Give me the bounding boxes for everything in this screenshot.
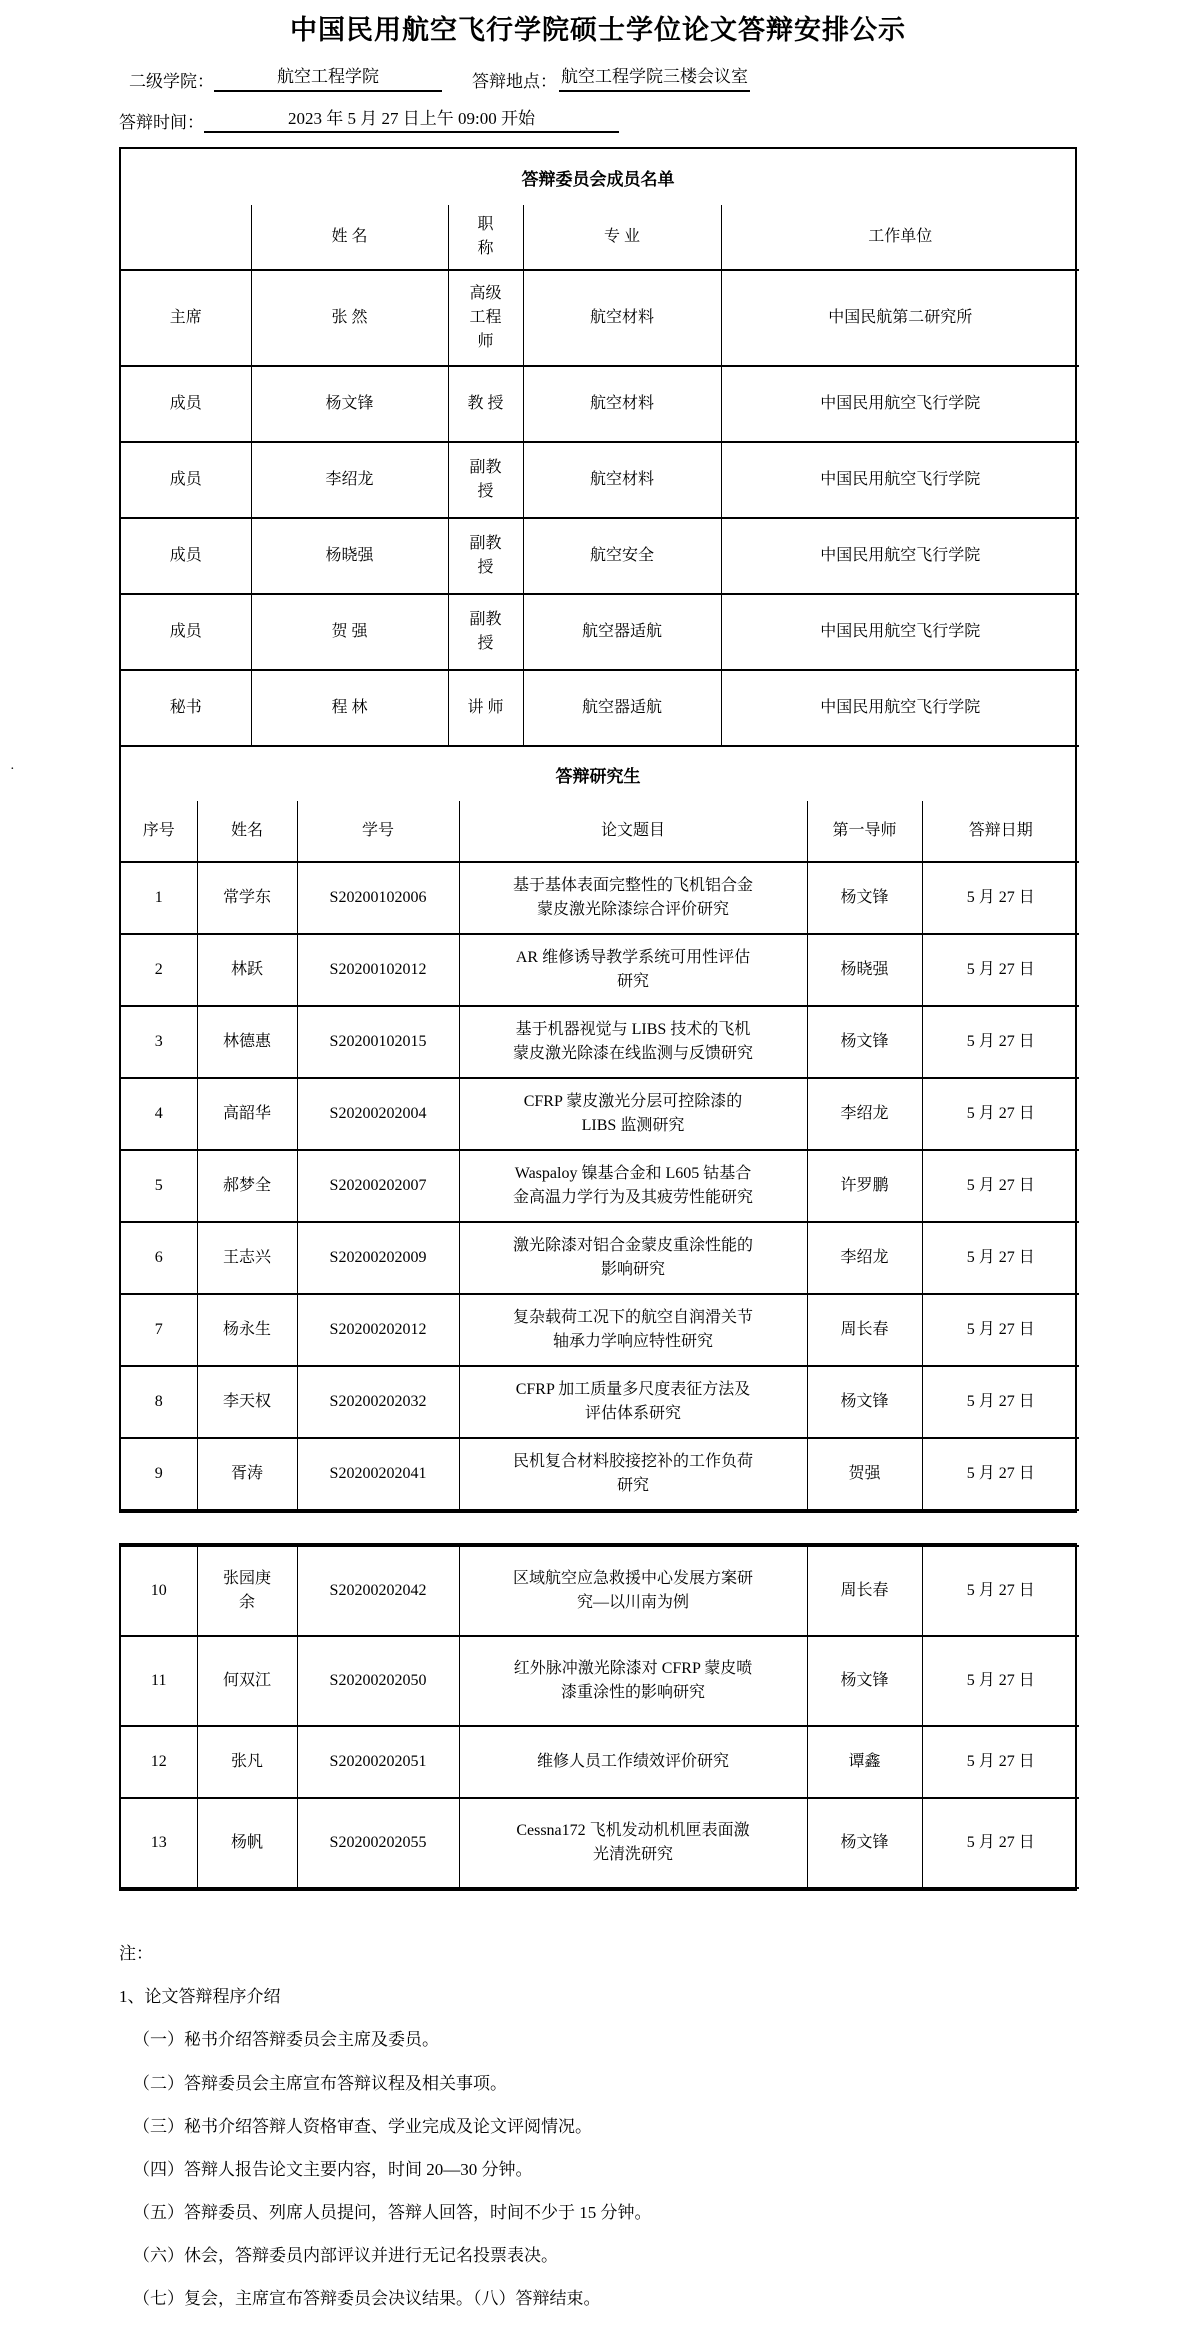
org-cell: 中国民用航空飞行学院: [721, 442, 1079, 518]
table-row: 11何双江S20200202050红外脉冲激光除漆对 CFRP 蒙皮喷漆重涂性的…: [121, 1636, 1079, 1726]
student-id-cell: S20200202050: [297, 1636, 459, 1726]
date-cell: 5 月 27 日: [922, 1294, 1079, 1366]
role-cell: 成员: [121, 442, 251, 518]
mentor-cell: 杨文锋: [807, 1636, 922, 1726]
table-row: 成员贺 强副教授航空器适航中国民用航空飞行学院: [121, 594, 1079, 670]
index-cell: 8: [121, 1366, 197, 1438]
student-name-cell: 胥涛: [197, 1438, 297, 1510]
student-name-cell: 郝梦全: [197, 1150, 297, 1222]
student-id-cell: S20200102006: [297, 862, 459, 934]
student-name-cell: 常学东: [197, 862, 297, 934]
student-name-cell: 林跃: [197, 934, 297, 1006]
time-label: 答辩时间：: [119, 108, 204, 133]
student-name-cell: 高韶华: [197, 1078, 297, 1150]
org-cell: 中国民用航空飞行学院: [721, 670, 1079, 746]
mentor-cell: 杨文锋: [807, 1798, 922, 1888]
students-table-1: 序号 姓名 学号 论文题目 第一导师 答辩日期 1常学东S20200102006…: [121, 801, 1079, 1511]
thesis-title-cell: 民机复合材料胶接挖补的工作负荷研究: [459, 1438, 807, 1510]
note-line: （四）答辩人报告论文主要内容，时间 20—30 分钟。: [119, 2159, 1077, 2181]
document: 中国民用航空飞行学院硕士学位论文答辩安排公示 二级学院： 航空工程学院 答辩地点…: [119, 0, 1077, 2310]
date-cell: 5 月 27 日: [922, 1006, 1079, 1078]
thesis-title-cell: CFRP 蒙皮激光分层可控除漆的 LIBS 监测研究: [459, 1078, 807, 1150]
note-line: （七）复会，主席宣布答辩委员会决议结果。（八）答辩结束。: [119, 2288, 1077, 2310]
note-line: 1、论文答辩程序介绍: [119, 1986, 1077, 2008]
title-cell: 讲 师: [448, 670, 523, 746]
students-header-row: 序号 姓名 学号 论文题目 第一导师 答辩日期: [121, 801, 1079, 862]
title-cell: 副教授: [448, 518, 523, 594]
column-header: 职称: [448, 205, 523, 270]
time-value: 2023 年 5 月 27 日上午 09:00 开始: [204, 107, 619, 134]
page-title: 中国民用航空飞行学院硕士学位论文答辩安排公示: [119, 8, 1077, 47]
date-cell: 5 月 27 日: [922, 1546, 1079, 1636]
table-row: 3林德惠S20200102015基于机器视觉与 LIBS 技术的飞机蒙皮激光除漆…: [121, 1006, 1079, 1078]
mentor-cell: 杨文锋: [807, 1006, 922, 1078]
title-cell: 副教授: [448, 442, 523, 518]
role-cell: 秘书: [121, 670, 251, 746]
student-id-cell: S20200202051: [297, 1726, 459, 1798]
mentor-cell: 谭鑫: [807, 1726, 922, 1798]
column-header: 工作单位: [721, 205, 1079, 270]
column-header: 专 业: [523, 205, 721, 270]
student-id-cell: S20200202004: [297, 1078, 459, 1150]
column-header: 姓 名: [251, 205, 448, 270]
index-cell: 13: [121, 1798, 197, 1888]
index-cell: 7: [121, 1294, 197, 1366]
index-cell: 10: [121, 1546, 197, 1636]
thesis-title-cell: 基于机器视觉与 LIBS 技术的飞机蒙皮激光除漆在线监测与反馈研究: [459, 1006, 807, 1078]
table-row: 6王志兴S20200202009激光除漆对铝合金蒙皮重涂性能的影响研究李绍龙5 …: [121, 1222, 1079, 1294]
major-cell: 航空器适航: [523, 670, 721, 746]
note-line: 注：: [119, 1943, 1077, 1965]
mentor-cell: 杨晓强: [807, 934, 922, 1006]
date-cell: 5 月 27 日: [922, 1798, 1079, 1888]
column-header: 学号: [297, 801, 459, 862]
table-row: 5郝梦全S20200202007Waspaloy 镍基合金和 L605 钴基合金…: [121, 1150, 1079, 1222]
note-line: （五）答辩委员、列席人员提问，答辩人回答，时间不少于 15 分钟。: [119, 2202, 1077, 2224]
date-cell: 5 月 27 日: [922, 1438, 1079, 1510]
date-cell: 5 月 27 日: [922, 1222, 1079, 1294]
role-cell: 主席: [121, 270, 251, 366]
student-id-cell: S20200202009: [297, 1222, 459, 1294]
students-table-2: 10张园庚余S20200202042区域航空应急救援中心发展方案研究—以川南为例…: [121, 1545, 1079, 1889]
main-table: 答辩委员会成员名单 姓 名 职称 专 业 工作单位 主席张 然高级工程师航空材料…: [119, 147, 1077, 1513]
table-row: 成员李绍龙副教授航空材料中国民用航空飞行学院: [121, 442, 1079, 518]
table-row: 10张园庚余S20200202042区域航空应急救援中心发展方案研究—以川南为例…: [121, 1546, 1079, 1636]
committee-table: 姓 名 职称 专 业 工作单位 主席张 然高级工程师航空材料中国民航第二研究所成…: [121, 205, 1079, 747]
table-row: 主席张 然高级工程师航空材料中国民航第二研究所: [121, 270, 1079, 366]
column-header: [121, 205, 251, 270]
student-name-cell: 杨帆: [197, 1798, 297, 1888]
thesis-title-cell: 维修人员工作绩效评价研究: [459, 1726, 807, 1798]
table-row: 秘书程 林讲 师航空器适航中国民用航空飞行学院: [121, 670, 1079, 746]
committee-header-row: 姓 名 职称 专 业 工作单位: [121, 205, 1079, 270]
date-cell: 5 月 27 日: [922, 934, 1079, 1006]
date-cell: 5 月 27 日: [922, 862, 1079, 934]
students-table-2-wrapper: 10张园庚余S20200202042区域航空应急救援中心发展方案研究—以川南为例…: [119, 1543, 1077, 1891]
index-cell: 5: [121, 1150, 197, 1222]
thesis-title-cell: 红外脉冲激光除漆对 CFRP 蒙皮喷漆重涂性的影响研究: [459, 1636, 807, 1726]
committee-section-title: 答辩委员会成员名单: [121, 149, 1075, 205]
location-label: 答辩地点：: [472, 67, 557, 92]
table-row: 12张凡S20200202051维修人员工作绩效评价研究谭鑫5 月 27 日: [121, 1726, 1079, 1798]
margin-artifact-dot: ·: [10, 762, 15, 778]
name-cell: 李绍龙: [251, 442, 448, 518]
time-line: 答辩时间： 2023 年 5 月 27 日上午 09:00 开始: [119, 107, 1077, 134]
student-id-cell: S20200202055: [297, 1798, 459, 1888]
student-name-cell: 张凡: [197, 1726, 297, 1798]
table-row: 成员杨文锋教 授航空材料中国民用航空飞行学院: [121, 366, 1079, 442]
index-cell: 3: [121, 1006, 197, 1078]
student-name-cell: 李天权: [197, 1366, 297, 1438]
role-cell: 成员: [121, 366, 251, 442]
date-cell: 5 月 27 日: [922, 1726, 1079, 1798]
student-id-cell: S20200202032: [297, 1366, 459, 1438]
table-row: 7杨永生S20200202012复杂载荷工况下的航空自润滑关节轴承力学响应特性研…: [121, 1294, 1079, 1366]
students-section-title: 答辩研究生: [121, 747, 1075, 801]
table-row: 4高韶华S20200202004CFRP 蒙皮激光分层可控除漆的 LIBS 监测…: [121, 1078, 1079, 1150]
date-cell: 5 月 27 日: [922, 1366, 1079, 1438]
org-cell: 中国民航第二研究所: [721, 270, 1079, 366]
index-cell: 12: [121, 1726, 197, 1798]
student-id-cell: S20200202012: [297, 1294, 459, 1366]
mentor-cell: 许罗鹏: [807, 1150, 922, 1222]
school-location-line: 二级学院： 航空工程学院 答辩地点： 航空工程学院三楼会议室: [119, 65, 1077, 92]
index-cell: 1: [121, 862, 197, 934]
thesis-title-cell: AR 维修诱导教学系统可用性评估研究: [459, 934, 807, 1006]
index-cell: 6: [121, 1222, 197, 1294]
student-id-cell: S20200102012: [297, 934, 459, 1006]
mentor-cell: 李绍龙: [807, 1078, 922, 1150]
student-name-cell: 杨永生: [197, 1294, 297, 1366]
thesis-title-cell: 基于基体表面完整性的飞机铝合金蒙皮激光除漆综合评价研究: [459, 862, 807, 934]
name-cell: 贺 强: [251, 594, 448, 670]
name-cell: 杨文锋: [251, 366, 448, 442]
student-id-cell: S20200202007: [297, 1150, 459, 1222]
school-label: 二级学院：: [119, 67, 214, 92]
title-cell: 副教授: [448, 594, 523, 670]
note-line: （三）秘书介绍答辩人资格审查、学业完成及论文评阅情况。: [119, 2116, 1077, 2138]
student-name-cell: 王志兴: [197, 1222, 297, 1294]
index-cell: 2: [121, 934, 197, 1006]
org-cell: 中国民用航空飞行学院: [721, 518, 1079, 594]
thesis-title-cell: CFRP 加工质量多尺度表征方法及评估体系研究: [459, 1366, 807, 1438]
table-row: 1常学东S20200102006基于基体表面完整性的飞机铝合金蒙皮激光除漆综合评…: [121, 862, 1079, 934]
index-cell: 4: [121, 1078, 197, 1150]
major-cell: 航空材料: [523, 366, 721, 442]
student-id-cell: S20200202041: [297, 1438, 459, 1510]
mentor-cell: 杨文锋: [807, 862, 922, 934]
school-value: 航空工程学院: [214, 65, 442, 92]
table-row: 8李天权S20200202032CFRP 加工质量多尺度表征方法及评估体系研究杨…: [121, 1366, 1079, 1438]
org-cell: 中国民用航空飞行学院: [721, 366, 1079, 442]
thesis-title-cell: 激光除漆对铝合金蒙皮重涂性能的影响研究: [459, 1222, 807, 1294]
student-id-cell: S20200102015: [297, 1006, 459, 1078]
note-line: （六）休会，答辩委员内部评议并进行无记名投票表决。: [119, 2245, 1077, 2267]
name-cell: 张 然: [251, 270, 448, 366]
mentor-cell: 杨文锋: [807, 1366, 922, 1438]
table-row: 9胥涛S20200202041民机复合材料胶接挖补的工作负荷研究贺强5 月 27…: [121, 1438, 1079, 1510]
date-cell: 5 月 27 日: [922, 1150, 1079, 1222]
mentor-cell: 贺强: [807, 1438, 922, 1510]
note-line: （一）秘书介绍答辩委员会主席及委员。: [119, 2029, 1077, 2051]
role-cell: 成员: [121, 518, 251, 594]
major-cell: 航空材料: [523, 442, 721, 518]
role-cell: 成员: [121, 594, 251, 670]
student-name-cell: 林德惠: [197, 1006, 297, 1078]
title-cell: 教 授: [448, 366, 523, 442]
mentor-cell: 周长春: [807, 1546, 922, 1636]
thesis-title-cell: 区域航空应急救援中心发展方案研究—以川南为例: [459, 1546, 807, 1636]
table-row: 成员杨晓强副教授航空安全中国民用航空飞行学院: [121, 518, 1079, 594]
student-name-cell: 张园庚余: [197, 1546, 297, 1636]
column-header: 第一导师: [807, 801, 922, 862]
thesis-title-cell: 复杂载荷工况下的航空自润滑关节轴承力学响应特性研究: [459, 1294, 807, 1366]
column-header: 序号: [121, 801, 197, 862]
major-cell: 航空安全: [523, 518, 721, 594]
mentor-cell: 李绍龙: [807, 1222, 922, 1294]
table-row: 2林跃S20200102012AR 维修诱导教学系统可用性评估研究杨晓强5 月 …: [121, 934, 1079, 1006]
column-header: 姓名: [197, 801, 297, 862]
date-cell: 5 月 27 日: [922, 1078, 1079, 1150]
table-row: 13杨帆S20200202055Cessna172 飞机发动机机匣表面激光清洗研…: [121, 1798, 1079, 1888]
location-value: 航空工程学院三楼会议室: [559, 65, 750, 92]
major-cell: 航空器适航: [523, 594, 721, 670]
name-cell: 程 林: [251, 670, 448, 746]
title-cell: 高级工程师: [448, 270, 523, 366]
major-cell: 航空材料: [523, 270, 721, 366]
date-cell: 5 月 27 日: [922, 1636, 1079, 1726]
note-line: （二）答辩委员会主席宣布答辩议程及相关事项。: [119, 2073, 1077, 2095]
name-cell: 杨晓强: [251, 518, 448, 594]
column-header: 论文题目: [459, 801, 807, 862]
thesis-title-cell: Waspaloy 镍基合金和 L605 钴基合金高温力学行为及其疲劳性能研究: [459, 1150, 807, 1222]
index-cell: 9: [121, 1438, 197, 1510]
index-cell: 11: [121, 1636, 197, 1726]
column-header: 答辩日期: [922, 801, 1079, 862]
mentor-cell: 周长春: [807, 1294, 922, 1366]
student-name-cell: 何双江: [197, 1636, 297, 1726]
student-id-cell: S20200202042: [297, 1546, 459, 1636]
thesis-title-cell: Cessna172 飞机发动机机匣表面激光清洗研究: [459, 1798, 807, 1888]
org-cell: 中国民用航空飞行学院: [721, 594, 1079, 670]
